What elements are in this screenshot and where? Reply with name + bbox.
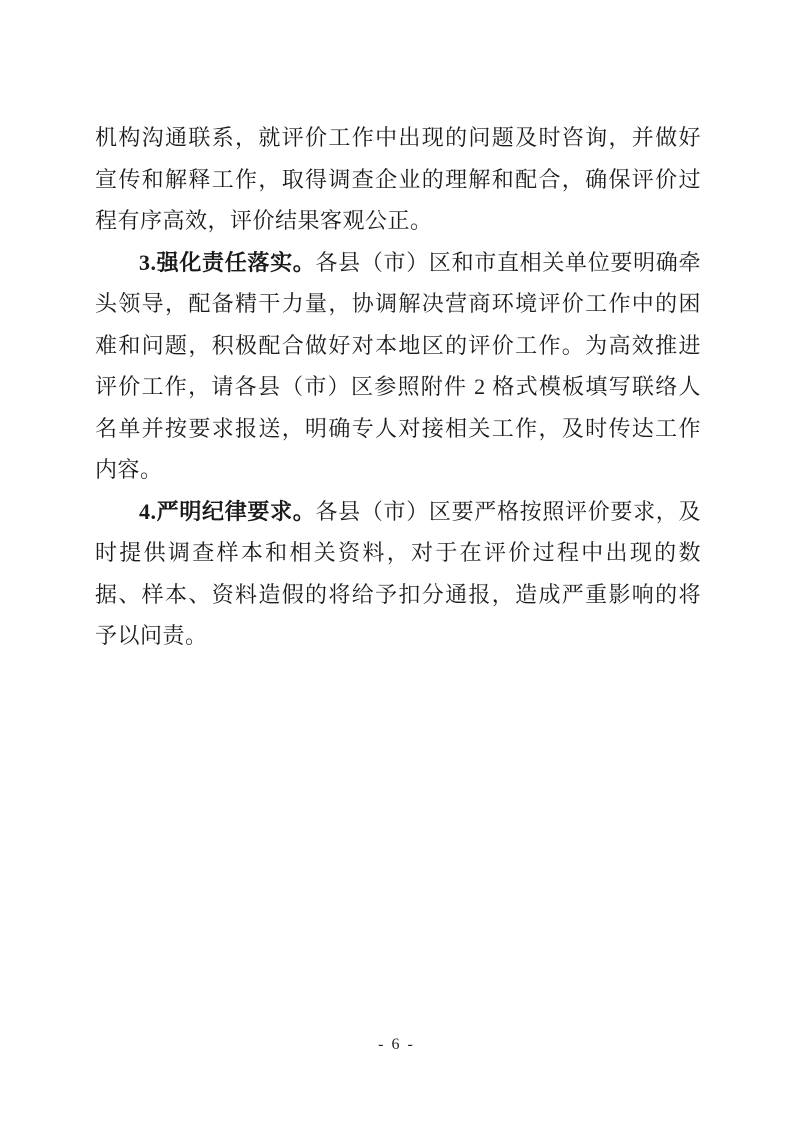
paragraph-text: 机构沟通联系，就评价工作中出现的问题及时咨询，并做好宣传和解释工作，取得调查企业…: [95, 125, 701, 233]
paragraph-heading: 4.严明纪律要求。: [139, 499, 316, 524]
paragraph-item-3: 3.强化责任落实。各县（市）区和市直相关单位要明确牵头领导，配备精干力量，协调解…: [95, 242, 701, 491]
paragraph-item-4: 4.严明纪律要求。各县（市）区要严格按照评价要求，及时提供调查样本和相关资料，对…: [95, 491, 701, 657]
paragraph-continuation: 机构沟通联系，就评价工作中出现的问题及时咨询，并做好宣传和解释工作，取得调查企业…: [95, 117, 701, 242]
paragraph-heading: 3.强化责任落实。: [139, 250, 316, 275]
paragraph-text: 各县（市）区和市直相关单位要明确牵头领导，配备精干力量，协调解决营商环境评价工作…: [95, 250, 701, 483]
page-number: - 6 -: [0, 1036, 793, 1054]
document-page: 机构沟通联系，就评价工作中出现的问题及时咨询，并做好宣传和解释工作，取得调查企业…: [0, 0, 793, 1122]
document-body: 机构沟通联系，就评价工作中出现的问题及时咨询，并做好宣传和解释工作，取得调查企业…: [95, 117, 701, 657]
